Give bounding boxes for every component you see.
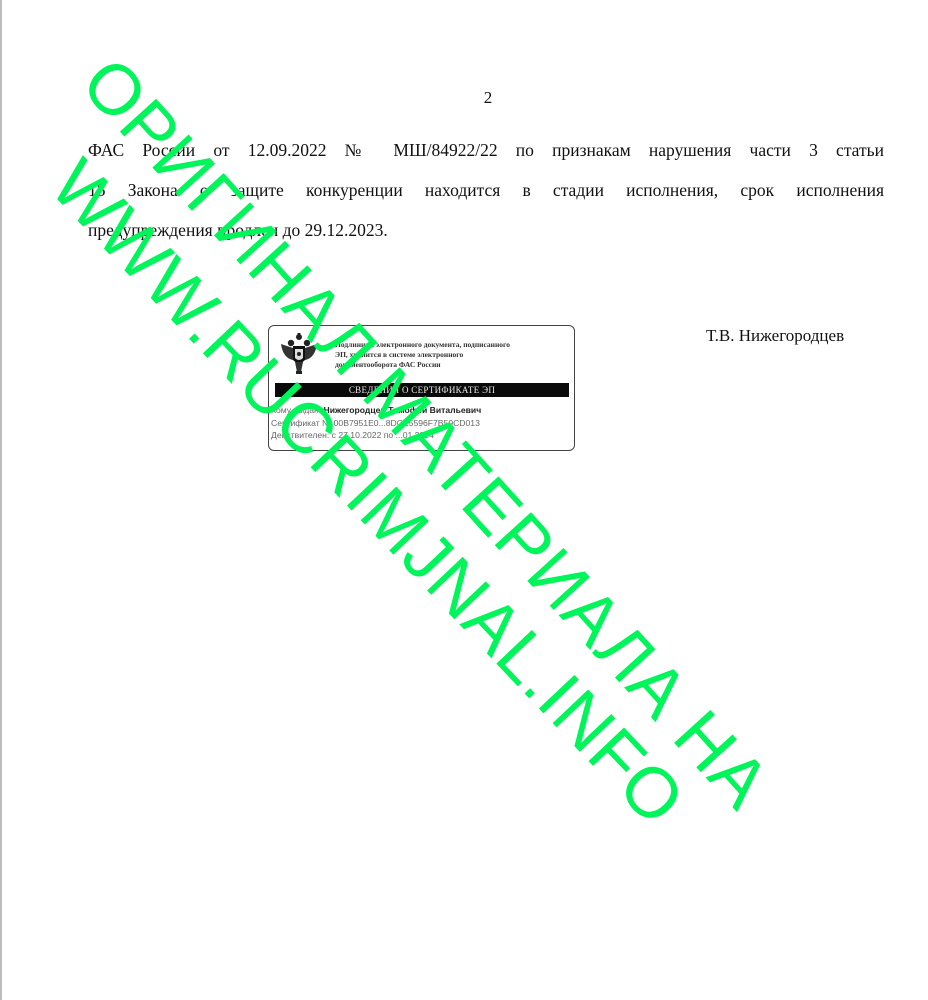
certificate-details: Кому выдан: Нижегородцев Тимофей Виталье…: [271, 404, 575, 442]
stamp-header: Подлинник электронного документа, подпис…: [335, 340, 570, 370]
validity-label: Действителен:: [271, 430, 332, 440]
certificate-value: 00B7951E0...8DCE5596F7B59CD013: [334, 418, 480, 428]
stamp-header-line: документооборота ФАС России: [335, 360, 570, 370]
paragraph-line: 15 Закона о защите конкуренции находится…: [88, 170, 884, 210]
certificate-row: Сертификат № 00B7951E0...8DCE5596F7B59CD…: [271, 417, 575, 430]
stamp-header-line: Подлинник электронного документа, подпис…: [335, 340, 570, 350]
issued-to-row: Кому выдан: Нижегородцев Тимофей Виталье…: [271, 404, 575, 417]
validity-row: Действителен: с 27.10.2022 по ...01.2024: [271, 429, 575, 442]
certificate-band-title: СВЕДЕНИЯ О СЕРТИФИКАТЕ ЭП: [275, 383, 569, 397]
stamp-header-line: ЭП, хранится в системе электронного: [335, 350, 570, 360]
page-edge: [0, 0, 2, 1000]
issued-to-label: Кому выдан:: [271, 405, 324, 415]
paragraph-line: ФАС России от 12.09.2022 № МШ/84922/22 п…: [88, 130, 884, 170]
page-number: 2: [0, 88, 928, 108]
double-headed-eagle-icon: [279, 332, 319, 376]
paragraph-line: предупреждения продлен до 29.12.2023.: [88, 210, 884, 250]
issued-to-value: Нижегородцев Тимофей Витальевич: [324, 405, 482, 415]
watermark-line-2: WWW.RUCRIMJNAL.INFO: [38, 148, 696, 838]
validity-value: с 27.10.2022 по ...01.2024: [332, 430, 434, 440]
signer-name: Т.В. Нижегородцев: [706, 326, 844, 346]
body-paragraph: ФАС России от 12.09.2022 № МШ/84922/22 п…: [88, 130, 884, 250]
certificate-label: Сертификат №: [271, 418, 334, 428]
e-signature-stamp: Подлинник электронного документа, подпис…: [268, 325, 575, 451]
